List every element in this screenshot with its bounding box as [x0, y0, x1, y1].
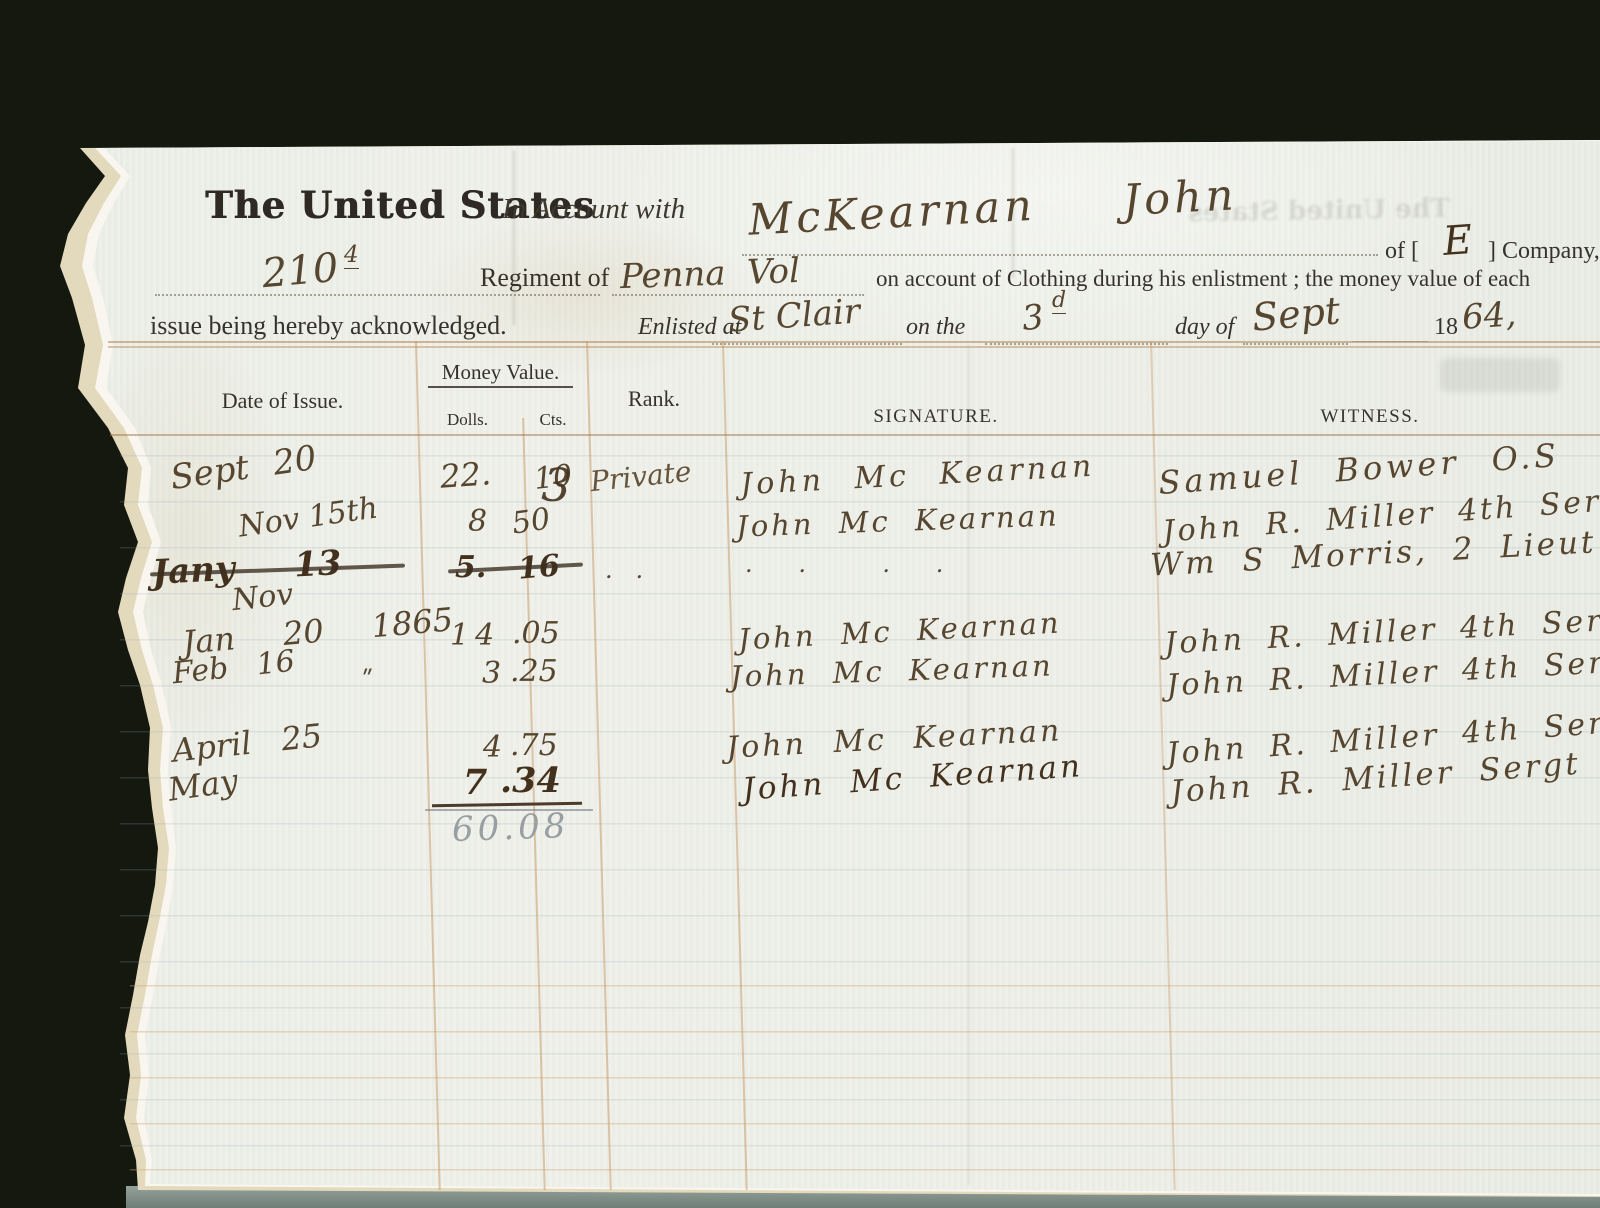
row6-cts: .75	[510, 728, 558, 763]
row3-rank-ditto: . .	[605, 556, 643, 584]
row1-dolls: 22.	[439, 454, 492, 495]
regiment-number-superscript: 4	[344, 242, 359, 269]
clothing-clause: on account of Clothing during his enlist…	[876, 266, 1530, 292]
day-of-label: day of	[1175, 314, 1234, 341]
row3-signature-ditto: . . . .	[745, 550, 943, 578]
column-header-cts: Cts.	[520, 410, 586, 430]
account-with-label: In Account with	[502, 193, 685, 226]
column-header-rank: Rank.	[586, 386, 722, 412]
money-value-underline	[428, 386, 573, 388]
column-header-dolls: Dolls.	[415, 410, 520, 430]
regiment-number-handwritten: 210	[260, 245, 340, 297]
row4-cts: .05	[512, 616, 560, 651]
enlisted-at-label: Enlisted at	[638, 314, 741, 341]
company-letter-handwritten: E	[1441, 217, 1473, 265]
total-pencil: 60.08	[451, 806, 570, 850]
column-header-date: Date of Issue.	[200, 388, 365, 414]
row2-cts: 50	[510, 502, 553, 542]
paper-crease	[513, 150, 515, 325]
row7-dolls: 7	[463, 762, 487, 803]
regiment-name-handwritten: Penna Vol	[619, 251, 800, 297]
row5-cts: .25	[510, 654, 558, 689]
row5-date-ditto: ʺ	[362, 666, 373, 694]
column-header-money: Money Value.	[415, 360, 586, 385]
on-the-label: on the	[906, 314, 965, 341]
enlistment-year-handwritten: 64,	[1461, 294, 1518, 338]
form-line	[155, 294, 600, 296]
row2-dolls: 8	[468, 504, 487, 539]
form-line	[742, 254, 1378, 256]
row4-dolls: 14	[450, 618, 500, 653]
row7-cts: .34	[500, 760, 561, 801]
column-rule	[415, 341, 441, 1190]
company-bracket-close: ] Company,	[1488, 238, 1600, 265]
issue-clause: issue being hereby acknowledged.	[150, 311, 507, 341]
regiment-of-label: Regiment of	[480, 263, 609, 293]
company-bracket-open: of [	[1385, 238, 1419, 265]
enlistment-day-superscript: d	[1052, 288, 1066, 314]
header-bottom-rule	[110, 434, 1600, 436]
year-printed: 18	[1434, 314, 1458, 341]
column-header-signature: SIGNATURE.	[722, 406, 1150, 428]
row3-date-replacement: Nov	[230, 577, 295, 618]
scanned-document: The United States The United States In A…	[0, 0, 1600, 1208]
enlistment-day-handwritten: 3	[1020, 297, 1046, 339]
enlistment-month-handwritten: Sept	[1250, 288, 1342, 340]
row5-dolls: 3	[482, 656, 501, 691]
column-header-witness: WITNESS.	[1150, 406, 1590, 428]
